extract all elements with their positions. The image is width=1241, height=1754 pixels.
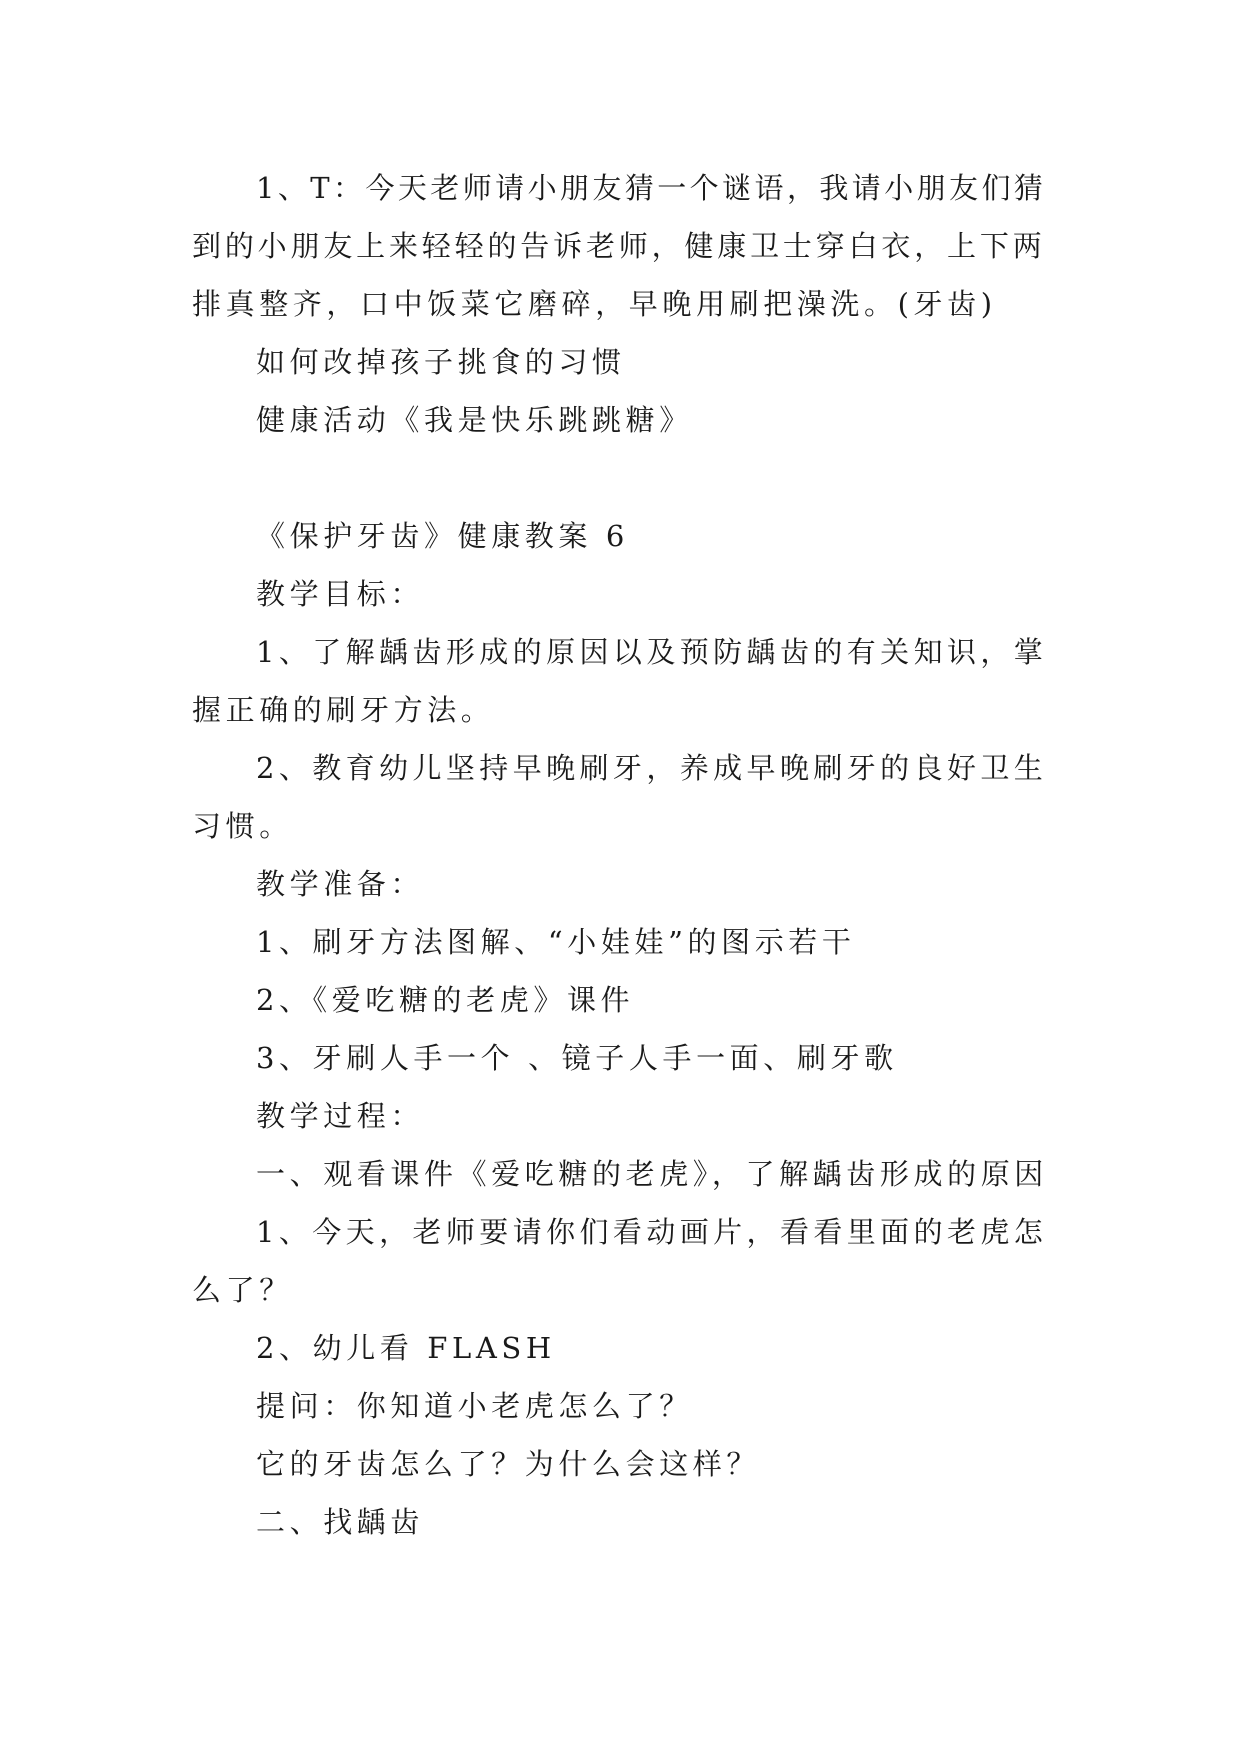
- riddle-paragraph-line-3: 排真整齐，口中饭菜它磨碎，早晚用刷把澡洗。(牙齿): [192, 284, 997, 324]
- process-step-1-1-line-1: 1、今天，老师要请你们看动画片，看看里面的老虎怎: [256, 1212, 1043, 1252]
- goal-2-line-2: 习惯。: [192, 806, 293, 846]
- process-step-2-heading: 二、找龋齿: [256, 1502, 424, 1542]
- process-step-1-1-line-2: 么了？: [192, 1270, 293, 1310]
- goal-1-line-1: 1、了解龋齿形成的原因以及预防龋齿的有关知识，掌: [256, 632, 1043, 672]
- section-heading-goals: 教学目标：: [256, 574, 424, 614]
- goal-2-line-1: 2、教育幼儿坚持早晚刷牙，养成早晚刷牙的良好卫生: [256, 748, 1043, 788]
- related-link-jumping-candy[interactable]: 健康活动《我是快乐跳跳糖》: [256, 400, 693, 440]
- riddle-paragraph-line-1: 1、T：今天老师请小朋友猜一个谜语，我请小朋友们猜: [256, 168, 1043, 208]
- related-link-picky-eating[interactable]: 如何改掉孩子挑食的习惯: [256, 342, 626, 382]
- prep-item-2: 2、《爱吃糖的老虎》课件: [256, 980, 634, 1020]
- prep-item-1: 1、刷牙方法图解、“小娃娃”的图示若干: [256, 922, 856, 962]
- document-page: 1、T：今天老师请小朋友猜一个谜语，我请小朋友们猜 到的小朋友上来轻轻的告诉老师…: [0, 0, 1241, 1754]
- question-2: 它的牙齿怎么了？为什么会这样？: [256, 1444, 760, 1484]
- question-1: 提问：你知道小老虎怎么了？: [256, 1386, 693, 1426]
- prep-item-3: 3、牙刷人手一个 、镜子人手一面、刷牙歌: [256, 1038, 898, 1078]
- lesson-plan-title: 《保护牙齿》健康教案 6: [256, 516, 629, 556]
- process-step-1-heading: 一、观看课件《爱吃糖的老虎》，了解龋齿形成的原因: [256, 1154, 1048, 1194]
- section-heading-preparation: 教学准备：: [256, 864, 424, 904]
- section-heading-process: 教学过程：: [256, 1096, 424, 1136]
- goal-1-line-2: 握正确的刷牙方法。: [192, 690, 494, 730]
- riddle-paragraph-line-2: 到的小朋友上来轻轻的告诉老师，健康卫士穿白衣，上下两: [192, 226, 1042, 266]
- process-step-1-2: 2、幼儿看 FLASH: [256, 1328, 556, 1368]
